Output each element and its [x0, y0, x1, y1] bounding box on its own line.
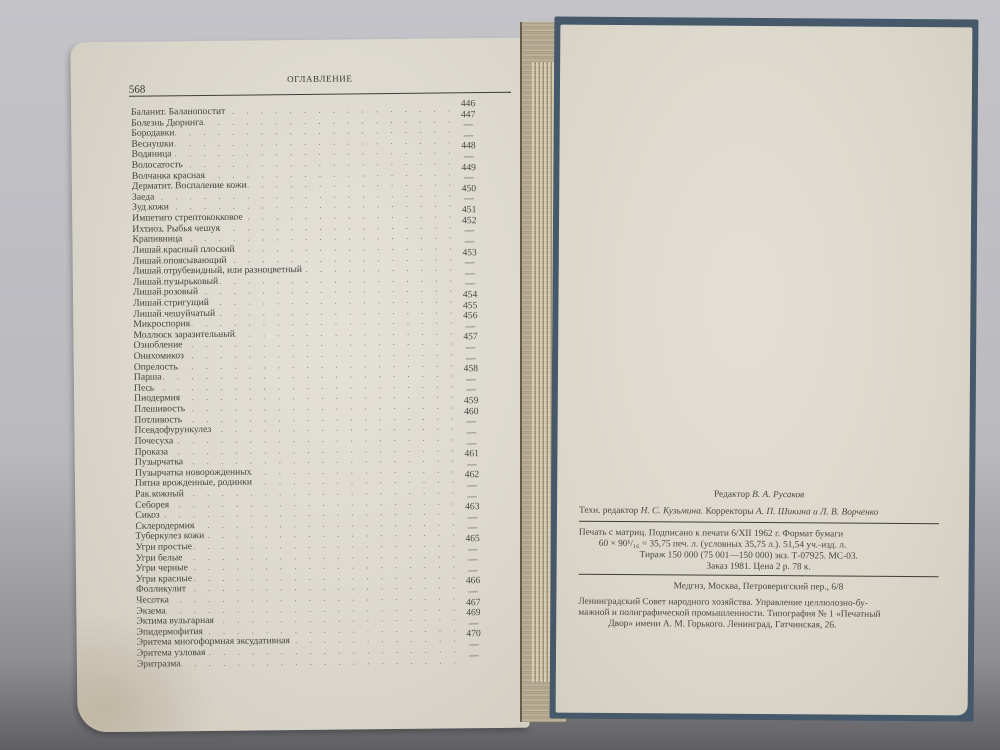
- toc-entry-title: Импетиго стрептококковое: [132, 212, 246, 224]
- toc-entry-title: Лишай чешуйчатый: [133, 307, 218, 319]
- toc-entry-title: Почесуха: [135, 435, 177, 446]
- toc-entry-title: Заеда: [132, 191, 157, 202]
- right-page-colophon: Редактор В. А. Русаков Техн. редактор Н.…: [556, 25, 973, 716]
- tech-editor-name: Н. С. Кузьмина.: [641, 506, 704, 516]
- toc-entry: . . . . . . . . . . . . . . . . . . . . …: [137, 656, 463, 670]
- running-head: ОГЛАВЛЕНИЕ: [129, 72, 511, 86]
- divider: [579, 521, 939, 525]
- toc-entry-title: Пиодермия: [134, 393, 183, 405]
- toc-entry-title: Сикоз: [135, 510, 162, 521]
- toc-entry-title: Угри простые: [136, 541, 195, 553]
- proofreaders-names: А. П. Шикина и Л. В. Ворченко: [756, 507, 879, 518]
- toc-entry-title: Дерматит. Воспаление кожи: [132, 180, 250, 192]
- toc-entry-title: Песь: [134, 382, 157, 393]
- toc-entry-title: Лишай опоясывающий: [133, 254, 230, 266]
- toc-entry-title: Водяница: [132, 149, 175, 160]
- toc-page-number: —: [461, 651, 487, 662]
- toc-entry-title: Потливость: [134, 414, 185, 426]
- toc-entries: . . . . . . . . . . . . . . . . . . . . …: [131, 104, 463, 670]
- publisher-line: Медгиз, Москва, Петроверигский пер., 6/8: [578, 581, 938, 595]
- toc-entry-title: Эпидермофития: [137, 626, 206, 638]
- tech-editor-line: Техн. редактор Н. С. Кузьмина. Корректор…: [579, 506, 939, 520]
- toc-entry-title: Парша: [134, 372, 165, 383]
- toc-entry-title: Микроспория: [133, 318, 193, 330]
- toc-entry-title: Зуд кожи: [132, 202, 172, 213]
- toc-header: 568 ОГЛАВЛЕНИЕ: [129, 74, 511, 97]
- toc-entry-title: Угри черные: [136, 562, 191, 574]
- toc-entry-title: Волчанка красная: [132, 170, 208, 182]
- toc-entry-title: Опрелость: [134, 361, 181, 372]
- toc-entry-title: Чесотка: [136, 594, 172, 605]
- colophon: Редактор В. А. Русаков Техн. редактор Н.…: [578, 489, 939, 633]
- toc-entry-title: Склеродермия: [135, 520, 197, 532]
- print-info-line-4: Заказ 1981. Цена 2 р. 78 к.: [579, 561, 939, 575]
- toc-entry-title: Пузырчатка: [135, 456, 186, 468]
- divider: [579, 574, 939, 578]
- left-page-table-of-contents: 568 ОГЛАВЛЕНИЕ . . . . . . . . . . . . .…: [70, 38, 529, 733]
- toc-entry-title: Проказа: [135, 446, 171, 457]
- toc-entry-title: Баланит. Баланопостит: [131, 106, 228, 118]
- toc-entry-title: Фолликулит: [136, 584, 189, 596]
- toc-entry-title: Бородавки: [131, 127, 177, 138]
- toc-entry-title: Эритема узловая: [137, 647, 209, 659]
- toc-page-column: 446447——448—449—450—451452——453———454455…: [455, 99, 487, 662]
- printing-plant-line-3: Двор» имени А. М. Горького. Ленинград, Г…: [578, 619, 938, 633]
- toc-entry-title: Пузырчатка новорожденных: [135, 466, 255, 478]
- toc-entry-title: Угри белые: [136, 552, 186, 564]
- toc-entry-title: Лишай стригущий: [133, 297, 212, 309]
- toc-entry-title: Веснушки: [131, 138, 176, 149]
- leader-dots: . . . . . . . . . . . . . . . . . . . . …: [137, 656, 463, 670]
- toc-entry-title: Онихомикоз: [134, 350, 187, 362]
- toc-entry-title: Пятна врожденные, родинки: [135, 477, 255, 489]
- toc-entry-title: Лишай розовый: [133, 286, 201, 298]
- toc-entry-title: Эритразма: [137, 658, 184, 669]
- toc-entry-title: Псевдофурункулез: [134, 424, 214, 436]
- toc-entry-title: Лишай красный плоский: [133, 244, 238, 256]
- toc-entry-title: Моллюск заразительный: [133, 328, 237, 340]
- toc-entry-title: Ихтиоз. Рыбья чешуя: [132, 223, 223, 235]
- toc-entry-title: Волосатость: [132, 159, 186, 171]
- toc-entry-title: Ознобление: [134, 340, 186, 352]
- toc-entry-title: Эктима вульгарная: [136, 615, 217, 627]
- toc-entry-title: Рак кожный: [135, 488, 187, 500]
- editor-label: Редактор: [714, 490, 750, 500]
- toc-entry-title: Лишай пузырьковый: [133, 276, 221, 288]
- toc-entry-title: Крапивница: [132, 234, 185, 246]
- editor-line: Редактор В. А. Русаков: [579, 489, 939, 503]
- tech-editor-label: Техн. редактор: [579, 506, 638, 516]
- editor-name: В. А. Русаков: [752, 490, 804, 500]
- toc-entry-title: Экзема: [136, 605, 168, 616]
- toc-entry-title: Плешивость: [134, 403, 188, 415]
- toc-entry-title: Себорея: [135, 499, 172, 510]
- proofreaders-label: Корректоры: [705, 507, 753, 517]
- toc-entry-title: Туберкулез кожи: [136, 530, 208, 542]
- toc-entry-title: Эритема многоформная эксудативная: [137, 636, 293, 649]
- toc-entry-title: Болезнь Дюринга: [131, 117, 206, 129]
- toc-entry-title: Угри красные: [136, 573, 195, 585]
